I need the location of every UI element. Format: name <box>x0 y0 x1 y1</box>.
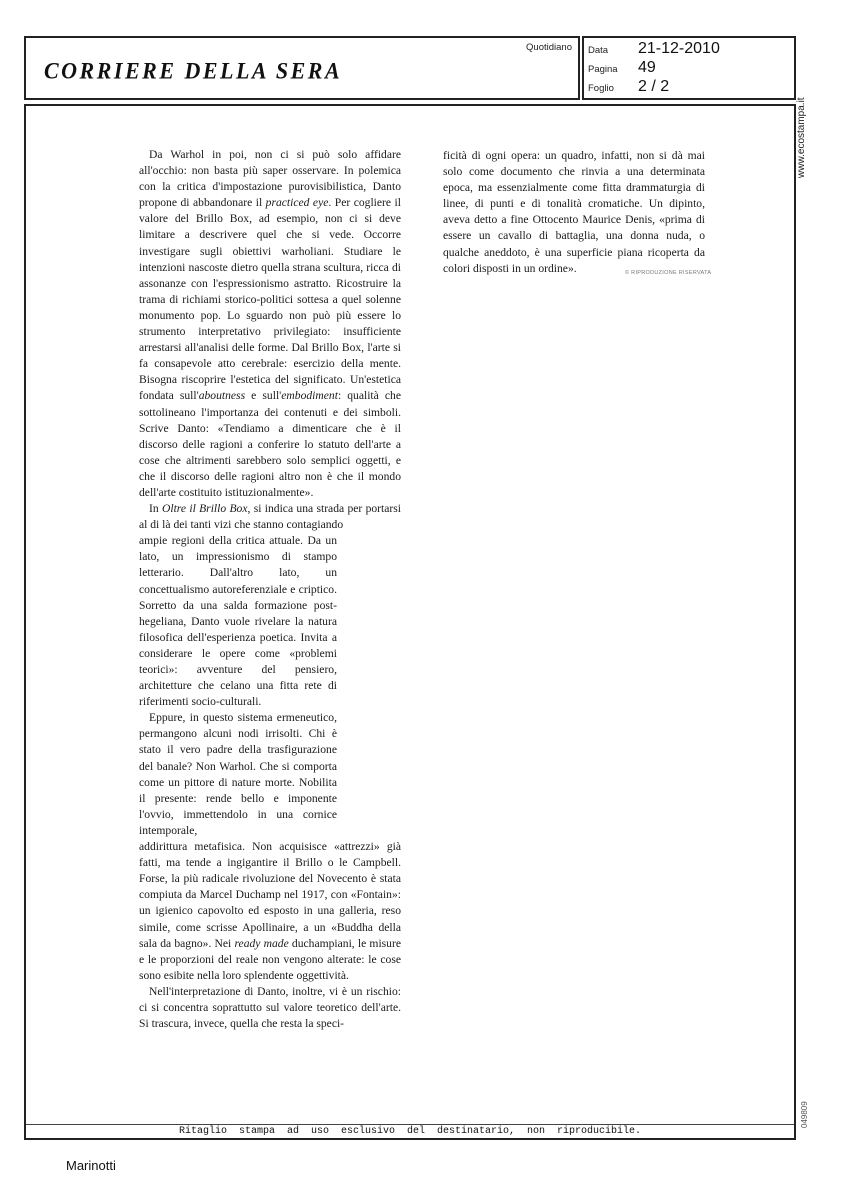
article-column-right: ficità di ogni opera: un quadro, infatti… <box>443 148 705 277</box>
clipping-meta-box: Data 21-12-2010 Pagina 49 Foglio 2 / 2 <box>582 36 796 100</box>
side-watermark: www.ecostampa.it <box>796 178 806 188</box>
meta-label: Data <box>584 45 638 56</box>
newspaper-title: CORRIERE DELLA SERA <box>44 57 342 84</box>
masthead: CORRIERE DELLA SERA Quotidiano <box>24 36 580 100</box>
article-paragraph: ampie regioni della critica attuale. Da … <box>139 533 337 710</box>
article-paragraph: In Oltre il Brillo Box, si indica una st… <box>139 501 401 533</box>
article-paragraph: Eppure, in questo sistema ermeneutico, p… <box>139 710 337 839</box>
article-paragraph: Nell'interpretazione di Danto, inoltre, … <box>139 984 401 1032</box>
article-paragraph: Da Warhol in poi, non ci si può solo aff… <box>139 147 401 501</box>
article-paragraph: ficità di ogni opera: un quadro, infatti… <box>443 148 705 277</box>
article-paragraph: addirittura metafisica. Non acquisisce «… <box>139 839 401 984</box>
footer-notice: Ritaglio stampa ad uso esclusivo del des… <box>26 1126 794 1137</box>
rights-reserved-note: © RIPRODUZIONE RISERVATA <box>625 270 711 276</box>
meta-label: Pagina <box>584 64 638 75</box>
meta-value-date: 21-12-2010 <box>638 40 720 58</box>
clipping-code: 049809 <box>800 1101 809 1128</box>
meta-label: Foglio <box>584 83 638 94</box>
meta-row-page: Pagina 49 <box>584 59 794 78</box>
footer-divider <box>26 1124 794 1125</box>
ecostampa-url: www.ecostampa.it <box>796 97 807 178</box>
publication-kind: Quotidiano <box>526 42 572 53</box>
meta-row-date: Data 21-12-2010 <box>584 40 794 59</box>
meta-value-page: 49 <box>638 59 656 77</box>
article-column-left: Da Warhol in poi, non ci si può solo aff… <box>139 147 401 1032</box>
meta-value-sheet: 2 / 2 <box>638 78 669 96</box>
meta-row-sheet: Foglio 2 / 2 <box>584 78 794 97</box>
author-name: Marinotti <box>66 1158 116 1173</box>
